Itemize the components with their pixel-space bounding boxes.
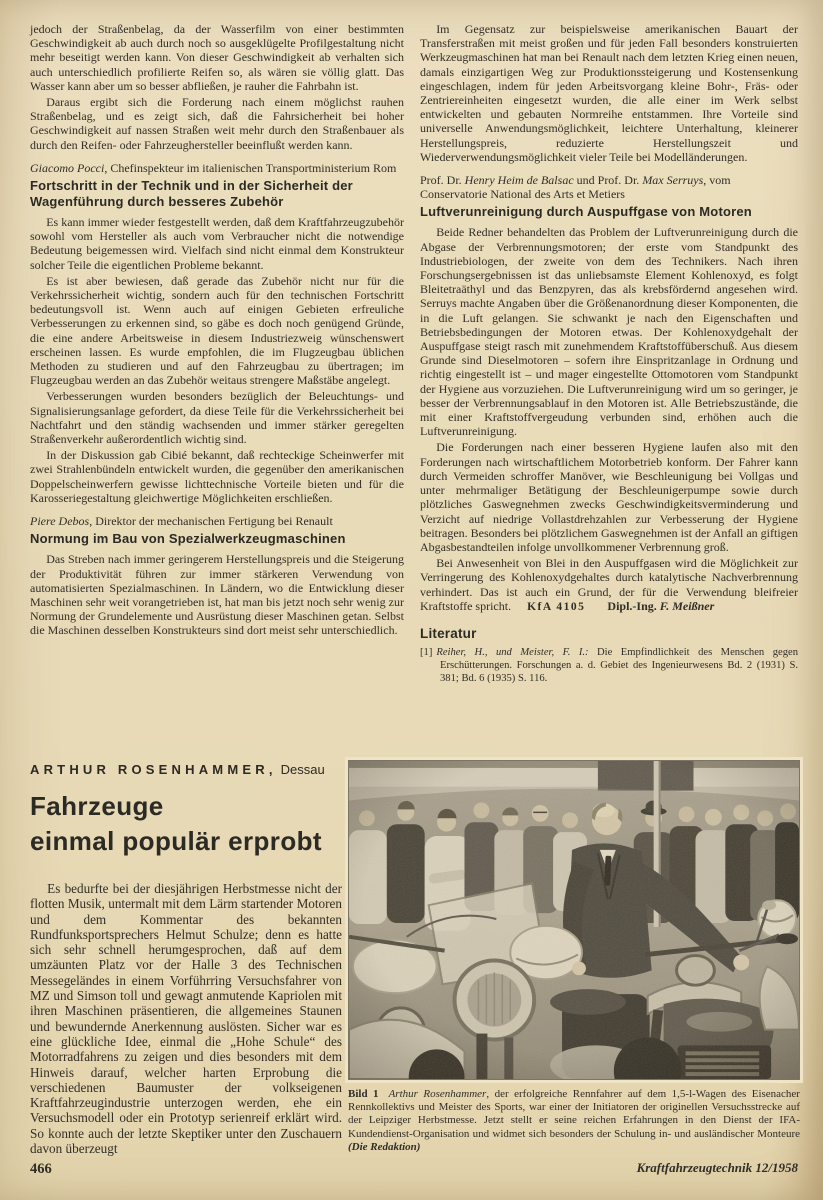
article-title: Fahrzeugeeinmal populär erprobt bbox=[30, 789, 342, 859]
signoff-title: Dipl.-Ing. bbox=[607, 599, 659, 613]
article-paragraph: Es bedurfte bei der diesjährigen Herbstm… bbox=[30, 881, 342, 1156]
photo-illustration bbox=[349, 761, 799, 1079]
figure-caption: Bild 1Arthur Rosenhammer, der erfolgreic… bbox=[348, 1088, 800, 1154]
paragraph: Daraus ergibt sich die Forderung nach ei… bbox=[30, 95, 404, 152]
page-number: 466 bbox=[30, 1161, 52, 1178]
paragraph: jedoch der Straßenbelag, da der Wasserfi… bbox=[30, 22, 404, 93]
caption-name: Arthur Rosenhammer bbox=[389, 1088, 487, 1100]
byline-author-role: , Direktor der mechanischen Fertigung be… bbox=[89, 514, 333, 528]
figure-block: Bild 1Arthur Rosenhammer, der erfolgreic… bbox=[348, 760, 800, 1154]
byline-prefix: Prof. Dr. bbox=[420, 173, 465, 187]
literatur-heading: Literatur bbox=[420, 626, 798, 642]
left-column: jedoch der Straßenbelag, da der Wasserfi… bbox=[30, 20, 404, 640]
article-author-line: ARTHUR ROSENHAMMER,Dessau bbox=[30, 762, 342, 777]
right-column: Im Gegensatz zur beispielsweise amerikan… bbox=[420, 20, 798, 685]
photo-bild-1 bbox=[348, 760, 800, 1080]
reference-marker: [1] bbox=[420, 647, 432, 658]
paragraph: In der Diskussion gab Cibié bekannt, daß… bbox=[30, 448, 404, 505]
paragraph-with-signoff: Bei Anwesenheit von Blei in den Auspuffg… bbox=[420, 556, 798, 614]
caption-redaktion: (Die Redaktion) bbox=[348, 1141, 420, 1153]
paragraph: Verbesserungen wurden besonders bezüglic… bbox=[30, 389, 404, 446]
journal-title-footer: Kraftfahrzeugtechnik 12/1958 bbox=[637, 1160, 798, 1178]
article-code: KfA 4105 bbox=[527, 601, 585, 613]
article-author-city: Dessau bbox=[281, 762, 325, 777]
reference-authors: Reiher, H., und Meister, F. I.: bbox=[436, 647, 588, 658]
section-heading-luftverunreinigung: Luftverunreinigung durch Auspuffgase von… bbox=[420, 204, 798, 220]
byline-author-name: Henry Heim de Balsac bbox=[465, 173, 574, 187]
byline-author-name: Max Serruys bbox=[642, 173, 703, 187]
reference-entry: [1]Reiher, H., und Meister, F. I.: Die E… bbox=[420, 646, 798, 685]
page-footer: 466 Kraftfahrzeugtechnik 12/1958 bbox=[30, 1160, 798, 1178]
section-heading-normung: Normung im Bau von Spezialwerkzeugmaschi… bbox=[30, 531, 404, 547]
signoff-name-italic: F. Meißner bbox=[660, 599, 714, 613]
paragraph: Im Gegensatz zur beispielsweise amerikan… bbox=[420, 22, 798, 164]
paragraph: Beide Redner behandelten das Problem der… bbox=[420, 225, 798, 438]
paragraph: Es ist aber bewiesen, daß gerade das Zub… bbox=[30, 274, 404, 388]
article-author-name: ARTHUR ROSENHAMMER, bbox=[30, 762, 277, 777]
byline-author-name: Piere Debos bbox=[30, 514, 89, 528]
bottom-section: ARTHUR ROSENHAMMER,Dessau Fahrzeugeeinma… bbox=[30, 760, 798, 1156]
byline-debos: Piere Debos, Direktor der mechanischen F… bbox=[30, 514, 404, 528]
journal-page: jedoch der Straßenbelag, da der Wasserfi… bbox=[0, 0, 823, 1200]
byline-author-name: Giacomo Pocci bbox=[30, 161, 104, 175]
paragraph: Das Streben nach immer geringerem Herste… bbox=[30, 552, 404, 637]
paragraph: Die Forderungen nach einer besseren Hygi… bbox=[420, 440, 798, 554]
article-title-line1: Fahrzeuge bbox=[30, 789, 342, 824]
byline-author-role: , Chefinspekteur im italienischen Transp… bbox=[104, 161, 396, 175]
byline-connector: und Prof. Dr. bbox=[574, 173, 643, 187]
signoff-author: Dipl.-Ing. F. Meißner bbox=[607, 599, 714, 613]
top-columns: jedoch der Straßenbelag, da der Wasserfi… bbox=[30, 20, 798, 748]
figure-label: Bild 1 bbox=[348, 1088, 379, 1100]
article-title-line2: einmal populär erprobt bbox=[30, 824, 342, 859]
byline-pocci: Giacomo Pocci, Chefinspekteur im italien… bbox=[30, 161, 404, 175]
byline-profs: Prof. Dr. Henry Heim de Balsac und Prof.… bbox=[420, 173, 798, 201]
paragraph: Es kann immer wieder festgestellt werden… bbox=[30, 215, 404, 272]
article-column: ARTHUR ROSENHAMMER,Dessau Fahrzeugeeinma… bbox=[30, 760, 342, 1156]
section-heading-fortschritt: Fortschritt in der Technik und in der Si… bbox=[30, 178, 404, 210]
